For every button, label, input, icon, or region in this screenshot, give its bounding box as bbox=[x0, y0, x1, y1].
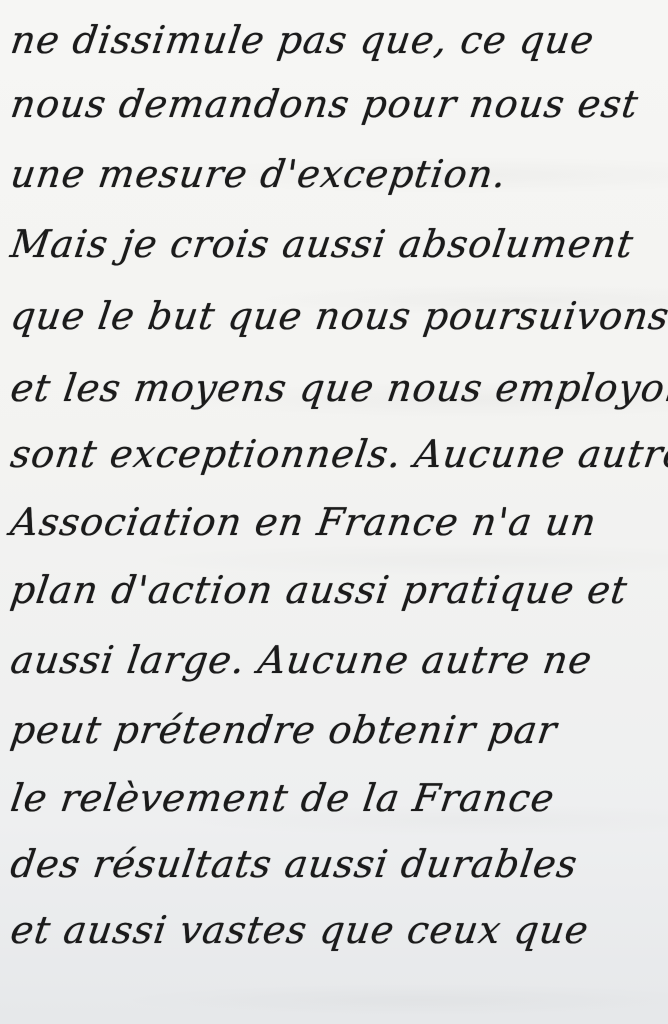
letter-line: Association en France n'a un bbox=[8, 500, 668, 544]
letter-line: que le but que nous poursuivons bbox=[8, 294, 668, 338]
letter-line: plan d'action aussi pratique et bbox=[8, 568, 668, 612]
letter-line: peut prétendre obtenir par bbox=[8, 708, 668, 752]
letter-line: et aussi vastes que ceux que bbox=[8, 908, 668, 952]
letter-line: nous demandons pour nous est bbox=[8, 82, 668, 126]
letter-line: et les moyens que nous employons bbox=[8, 366, 668, 410]
letter-line: des résultats aussi durables bbox=[8, 842, 668, 886]
letter-line: une mesure d'exception. bbox=[8, 152, 668, 196]
letter-page: ne dissimule pas que, ce que nous demand… bbox=[0, 0, 668, 1024]
letter-line: ne dissimule pas que, ce que bbox=[8, 18, 668, 62]
letter-line: le relèvement de la France bbox=[8, 776, 668, 820]
letter-line: sont exceptionnels. Aucune autre bbox=[8, 432, 668, 476]
letter-line: Mais je crois aussi absolument bbox=[8, 222, 668, 266]
letter-line: aussi large. Aucune autre ne bbox=[8, 638, 668, 682]
